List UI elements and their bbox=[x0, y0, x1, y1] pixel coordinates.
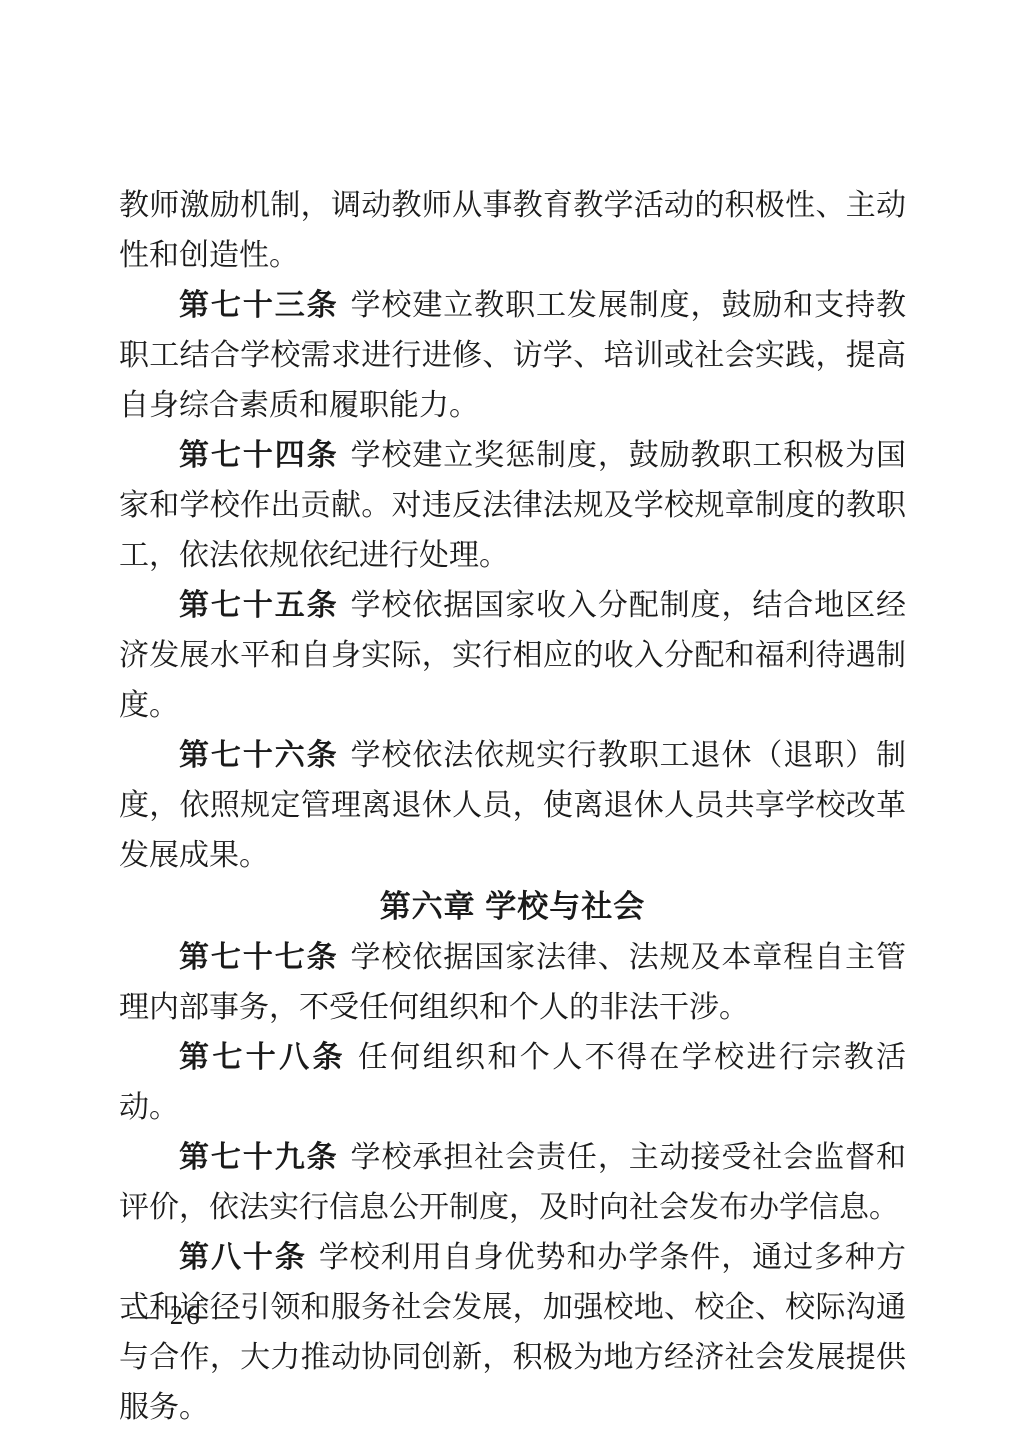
article-78-number: 第七十八条 bbox=[179, 1041, 346, 1074]
article-77-number: 第七十七条 bbox=[179, 941, 339, 974]
article-80-paragraph: 第八十条学校利用自身优势和办学条件，通过多种方式和途径引领和服务社会发展，加强校… bbox=[119, 1233, 906, 1433]
page-number: — 26 — bbox=[130, 1297, 243, 1333]
article-79-paragraph: 第七十九条学校承担社会责任，主动接受社会监督和评价，依法实行信息公开制度，及时向… bbox=[119, 1133, 906, 1233]
article-74-number: 第七十四条 bbox=[179, 439, 339, 472]
article-75-number: 第七十五条 bbox=[179, 589, 339, 622]
article-78-paragraph: 第七十八条任何组织和个人不得在学校进行宗教活动。 bbox=[119, 1033, 906, 1133]
article-73-number: 第七十三条 bbox=[179, 289, 339, 322]
article-77-paragraph: 第七十七条学校依据国家法律、法规及本章程自主管理内部事务，不受任何组织和个人的非… bbox=[119, 933, 906, 1033]
document-body: 教师激励机制，调动教师从事教育教学活动的积极性、主动性和创造性。 第七十三条学校… bbox=[119, 181, 906, 1433]
article-79-number: 第七十九条 bbox=[179, 1141, 339, 1174]
article-76-number: 第七十六条 bbox=[179, 739, 339, 772]
chapter-6-heading: 第六章 学校与社会 bbox=[119, 881, 906, 933]
article-76-paragraph: 第七十六条学校依法依规实行教职工退休（退职）制度，依照规定管理离退休人员，使离退… bbox=[119, 731, 906, 881]
article-75-paragraph: 第七十五条学校依据国家收入分配制度，结合地区经济发展水平和自身实际，实行相应的收… bbox=[119, 581, 906, 731]
article-80-number: 第八十条 bbox=[179, 1241, 307, 1274]
article-74-paragraph: 第七十四条学校建立奖惩制度，鼓励教职工积极为国家和学校作出贡献。对违反法律法规及… bbox=[119, 431, 906, 581]
paragraph-continuation-text: 教师激励机制，调动教师从事教育教学活动的积极性、主动性和创造性。 bbox=[119, 189, 906, 272]
paragraph-continuation: 教师激励机制，调动教师从事教育教学活动的积极性、主动性和创造性。 bbox=[119, 181, 906, 281]
article-73-paragraph: 第七十三条学校建立教职工发展制度，鼓励和支持教职工结合学校需求进行进修、访学、培… bbox=[119, 281, 906, 431]
document-page: 教师激励机制，调动教师从事教育教学活动的积极性、主动性和创造性。 第七十三条学校… bbox=[0, 0, 1024, 1448]
